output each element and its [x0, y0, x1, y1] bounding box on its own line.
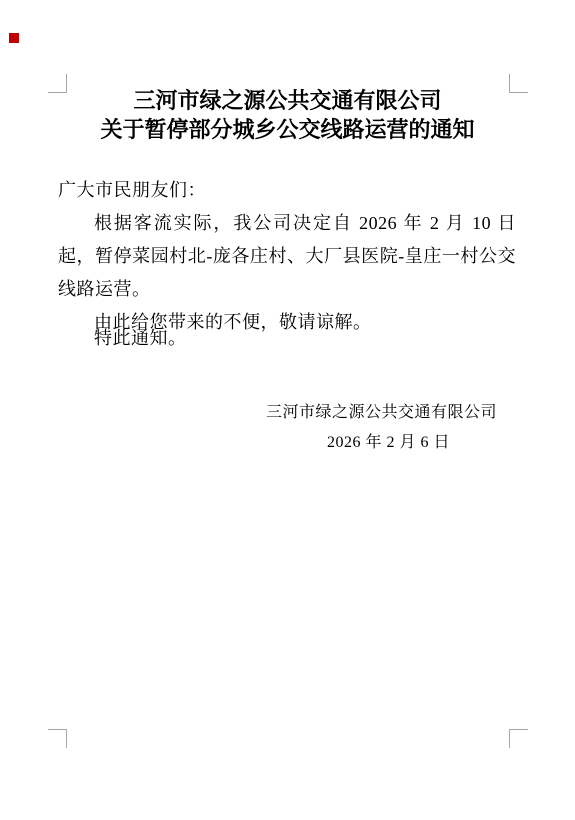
notice-title: 三河市绿之源公共交通有限公司 关于暂停部分城乡公交线路运营的通知 [58, 86, 517, 144]
closing-statement: 特此通知。 [58, 322, 516, 355]
signature-company-name: 三河市绿之源公共交通有限公司 [58, 402, 497, 424]
document-page: 三河市绿之源公共交通有限公司 关于暂停部分城乡公交线路运营的通知 广大市民朋友们… [0, 0, 575, 820]
crop-mark-bottom-right [509, 729, 528, 748]
signature-date: 2026 年 2 月 6 日 [58, 432, 450, 454]
notice-title-line2: 关于暂停部分城乡公交线路运营的通知 [58, 115, 517, 144]
red-square-marker [9, 33, 19, 43]
notice-title-line1: 三河市绿之源公共交通有限公司 [58, 86, 517, 115]
notice-body: 广大市民朋友们： 根据客流实际，我公司决定自 2026 年 2 月 10 日起，… [58, 174, 516, 339]
crop-mark-bottom-left [48, 729, 67, 748]
salutation: 广大市民朋友们： [58, 174, 516, 207]
body-paragraph-1: 根据客流实际，我公司决定自 2026 年 2 月 10 日起，暂停菜园村北-庞各… [58, 207, 516, 306]
